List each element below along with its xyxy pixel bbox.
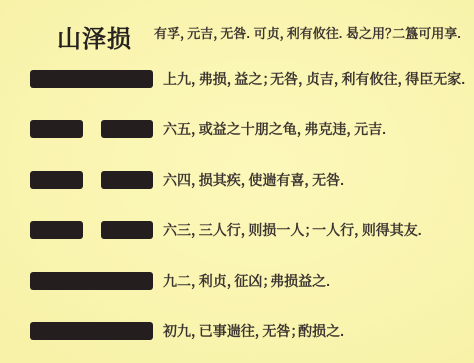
hexagram-line-row: 六五，或益之十朋之龟，弗克违，元吉. — [0, 114, 386, 144]
yin-line-bar — [30, 221, 153, 239]
yin-segment-left — [30, 120, 83, 138]
yin-segment-right — [101, 221, 154, 239]
hexagram-line-row: 初九，已事遄往，无咎；酌损之. — [0, 316, 344, 346]
yin-segment-right — [101, 120, 154, 138]
yang-line-bar — [30, 322, 153, 340]
yang-line-bar — [30, 70, 153, 88]
line-text: 六四，损其疾，使遄有喜，无咎. — [163, 171, 344, 189]
hexagram-page: 山泽损 有孚，元吉，无咎. 可贞，利有攸往. 曷之用？二簋可用享. 上九，弗损，… — [0, 0, 474, 363]
line-text: 上九，弗损，益之；无咎，贞吉，利有攸往，得臣无家. — [163, 70, 465, 88]
hexagram-line-row: 上九，弗损，益之；无咎，贞吉，利有攸往，得臣无家. — [0, 64, 465, 94]
hexagram-line-row: 六四，损其疾，使遄有喜，无咎. — [0, 165, 344, 195]
line-text: 初九，已事遄往，无咎；酌损之. — [163, 322, 344, 340]
yin-line-bar — [30, 171, 153, 189]
yin-segment-left — [30, 171, 83, 189]
yang-line-bar — [30, 272, 153, 290]
line-text: 六五，或益之十朋之龟，弗克违，元吉. — [163, 120, 386, 138]
line-text: 六三，三人行，则损一人；一人行，则得其友. — [163, 221, 422, 239]
yin-segment-left — [30, 221, 83, 239]
line-text: 九二，利贞，征凶；弗损益之. — [163, 272, 330, 290]
yin-line-bar — [30, 120, 153, 138]
hexagram-line-row: 六三，三人行，则损一人；一人行，则得其友. — [0, 215, 422, 245]
yin-segment-right — [101, 171, 154, 189]
hexagram-line-row: 九二，利贞，征凶；弗损益之. — [0, 266, 330, 296]
hexagram-lines: 上九，弗损，益之；无咎，贞吉，利有攸往，得臣无家. 六五，或益之十朋之龟，弗克违… — [0, 0, 474, 363]
